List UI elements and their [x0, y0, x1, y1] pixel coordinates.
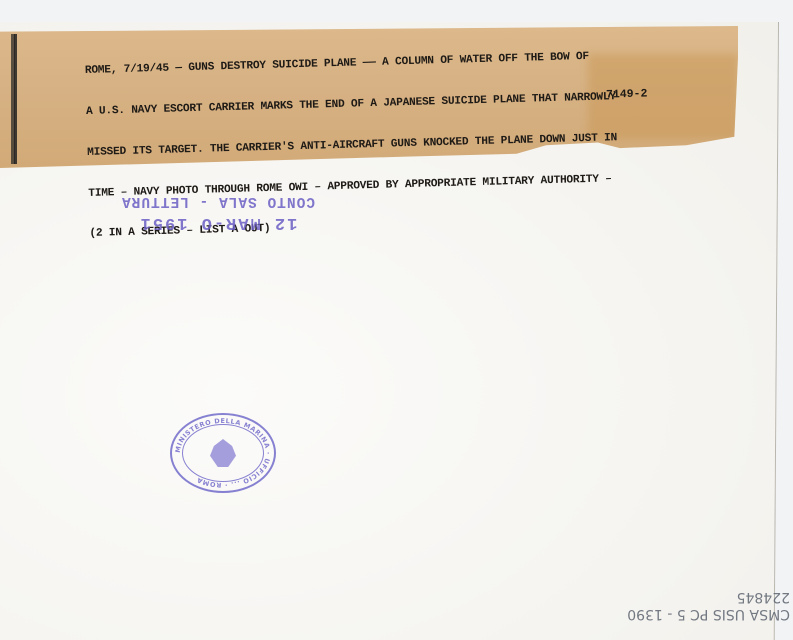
reference-number: 7149-2	[606, 87, 648, 101]
pencil-annotation: CMSA USIS PC 5 - 1390 224845	[560, 588, 790, 622]
date-stamp-date: 12 MAR-O 1951	[88, 213, 348, 232]
strip-rule-line	[14, 34, 17, 164]
pencil-line-number: 224845	[560, 588, 790, 605]
pencil-line-archive: CMSA USIS PC 5 - 1390	[560, 605, 790, 622]
caption-line: ROME, 7/19/45 — GUNS DESTROY SUICIDE PLA…	[85, 47, 725, 78]
date-stamp: 12 MAR-O 1951 CONTO SALA - LETTURA	[88, 193, 348, 232]
date-stamp-label: CONTO SALA - LETTURA	[88, 193, 348, 209]
caption-line: MISSED ITS TARGET. THE CARRIER'S ANTI-AI…	[87, 129, 727, 160]
official-seal-stamp: MINISTERO DELLA MARINA · UFFICIO ... · R…	[170, 413, 276, 493]
